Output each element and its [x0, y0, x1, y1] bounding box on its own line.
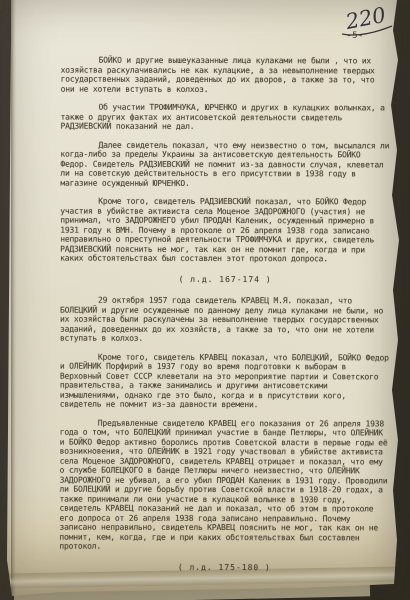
paragraph-2: Об участии ТРОФИМЧУКА, ЮРЧЕНКО и других …: [60, 103, 390, 132]
paragraph-6: Кроме того, свидетель КРАВЕЦ показал, чт…: [60, 352, 390, 410]
paragraph-4: Кроме того, свидетель РАДЗИЕВСКИЙ показа…: [60, 197, 390, 264]
typewritten-page: 220 -5- БОЙКО и другие вышеуказанные лиц…: [0, 0, 410, 600]
photographed-document: 220 -5- БОЙКО и другие вышеуказанные лиц…: [0, 0, 410, 600]
paragraph-5: 29 октября 1957 года свидетель КРАВЕЦ М.…: [60, 296, 390, 344]
handwritten-page-number: 220: [332, 0, 404, 46]
paragraph-7: Предъявленные свидетелю КРАВЕЦ его показ…: [59, 418, 389, 552]
paragraph-1: БОЙКО и другие вышеуказанные лица кулака…: [61, 56, 391, 95]
document-body: БОЙКО и другие вышеуказанные лица кулака…: [59, 56, 390, 585]
paragraph-3: Далее свидетель показал, что ему неизвес…: [60, 140, 390, 188]
case-file-reference-1: ( л.д. 167-174 ): [60, 274, 390, 284]
case-file-reference-2: ( л.д. 175-180 ): [59, 562, 389, 572]
typed-page-number: -5-: [346, 31, 364, 41]
